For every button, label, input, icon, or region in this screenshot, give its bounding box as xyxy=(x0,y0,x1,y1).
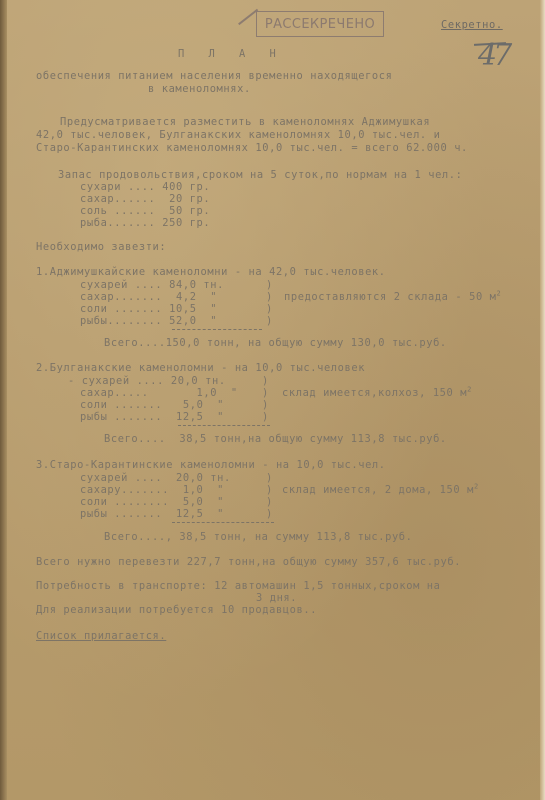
supply-item: соли ........ 5,0 " xyxy=(80,496,224,508)
supply-item: рыбы ....... 12,5 " xyxy=(80,411,224,423)
supply-item: рыбы ....... 12,5 " xyxy=(80,508,224,520)
page-left-edge xyxy=(0,0,7,800)
storage-note: склад имеется,колхоз, 150 м2 xyxy=(282,387,472,399)
transport-need-line-1: Потребность в транспорте: 12 автомашин 1… xyxy=(36,580,441,592)
supply-item: сахар..... 1,0 " xyxy=(80,387,238,399)
norm-item: сахар...... 20 гр. xyxy=(80,193,210,205)
page-right-edge xyxy=(540,0,545,800)
section-total: Всего.... 38,5 тонн,на общую сумму 113,8… xyxy=(104,433,447,445)
supply-item: соли ....... 5,0 " xyxy=(80,399,224,411)
section-heading: 1.Аджимушкайские каменоломни - на 42,0 т… xyxy=(36,266,386,278)
section-heading: 3.Старо-Карантинские каменоломни - на 10… xyxy=(36,459,386,471)
declassified-stamp: РАССЕКРЕЧЕНО xyxy=(256,11,384,37)
supply-item: сухарей .... 20,0 тн. xyxy=(80,472,231,484)
document-title: П Л А Н xyxy=(178,48,285,60)
classification-label: Секретно. xyxy=(441,19,503,31)
supply-item: - сухарей .... 20,0 тн. xyxy=(68,375,226,387)
norm-item: сухари .... 400 гр. xyxy=(80,181,210,193)
transport-need-line-2: 3 дня. xyxy=(256,592,297,604)
attachment-note: Список прилагается. xyxy=(36,630,166,642)
supply-item: сахар....... 4,2 " xyxy=(80,291,217,303)
norms-heading: Запас продовольствия,сроком на 5 суток,п… xyxy=(58,169,463,181)
grand-total: Всего нужно перевезти 227,7 тонн,на общу… xyxy=(36,556,461,568)
supply-item: рыбы........ 52,0 " xyxy=(80,315,217,327)
storage-note: предоставляются 2 склада - 50 м2 xyxy=(284,291,501,303)
subtitle-line-2: в каменоломнях. xyxy=(148,83,251,95)
storage-note: склад имеется, 2 дома, 150 м2 xyxy=(282,484,479,496)
bracket: ) ) ) ) xyxy=(266,279,272,327)
intro-line-1: Предусматривается разместить в каменолом… xyxy=(60,116,430,128)
norm-item: соль ...... 50 гр. xyxy=(80,205,210,217)
section-heading: 2.Булганакские каменоломни - на 10,0 тыс… xyxy=(36,362,365,374)
norm-item: рыба....... 250 гр. xyxy=(80,217,210,229)
subtitle-line-1: обеспечения питанием населения временно … xyxy=(36,70,393,82)
section-total: Всего...., 38,5 тонн, на сумму 113,8 тыс… xyxy=(104,531,413,543)
sellers-note: Для реализации потребуется 10 продавцов.… xyxy=(36,604,317,616)
sum-rule xyxy=(178,425,270,426)
sum-rule xyxy=(172,329,262,330)
intro-line-2: 42,0 тыс.человек, Булганакских каменолом… xyxy=(36,129,441,141)
folio-number: 47 xyxy=(478,38,508,73)
supply-item: соли ....... 10,5 " xyxy=(80,303,217,315)
supply-item: сухарей .... 84,0 тн. xyxy=(80,279,224,291)
need-heading: Необходимо завезти: xyxy=(36,241,166,253)
bracket: ) ) ) ) xyxy=(262,375,268,423)
intro-line-3: Старо-Карантинских каменоломнях 10,0 тыс… xyxy=(36,142,468,154)
bracket: ) ) ) ) xyxy=(266,472,272,520)
section-total: Всего....150,0 тонн, на общую сумму 130,… xyxy=(104,337,447,349)
supply-item: сахару....... 1,0 " xyxy=(80,484,224,496)
sum-rule xyxy=(172,522,274,523)
